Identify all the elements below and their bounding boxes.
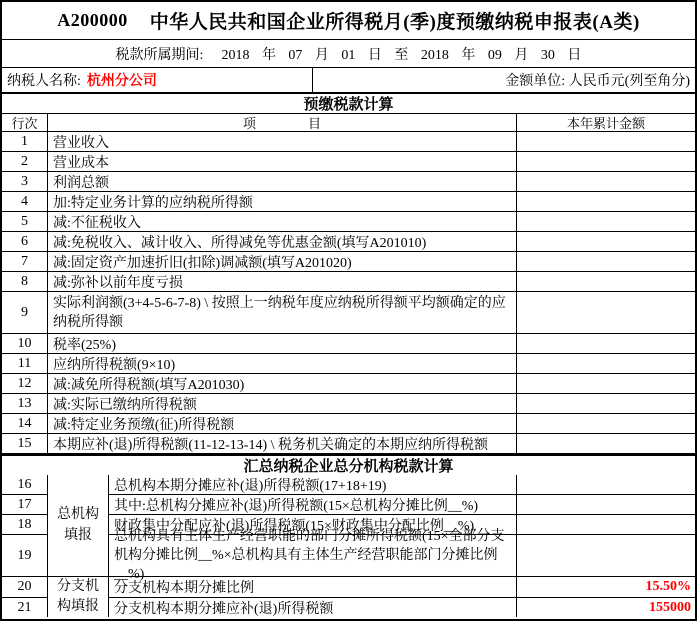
period-value: 2018 年 07 月 01 日 至 2018 年 09 月 30 日	[221, 44, 581, 64]
col-header-line: 行次	[2, 114, 48, 131]
item-cell: 加:特定业务计算的应纳税所得额	[48, 192, 516, 211]
item-cell: 分支机构本期分摊比例	[109, 577, 516, 598]
line-number-cell: 4	[2, 192, 48, 211]
line-number-cell: 3	[2, 172, 48, 191]
table-row: 5 减:不征税收入	[2, 212, 695, 232]
line-number-cell: 2	[2, 152, 48, 171]
table-row: 12 减:减免所得税额(填写A201030)	[2, 374, 695, 394]
amount-cell[interactable]	[516, 374, 695, 393]
amount-cell[interactable]	[516, 394, 695, 413]
table-row: 15 本期应补(退)所得税额(11-12-13-14) \ 税务机关确定的本期应…	[2, 434, 695, 454]
item-cell: 营业收入	[48, 132, 516, 151]
line-number-cell: 7	[2, 252, 48, 271]
amount-cell[interactable]: 15.50%	[516, 577, 695, 598]
line-number-cell: 12	[2, 374, 48, 393]
item-cell: 税率(25%)	[48, 334, 516, 353]
amount-cell[interactable]	[516, 354, 695, 373]
item-cell: 总机构具有主体生产经营职能的部门分摊所得税额(15×全部分支机构分摊比例__%×…	[109, 535, 516, 576]
amount-cell[interactable]	[516, 475, 695, 495]
table-header-row: 行次 项 目 本年累计金额	[2, 114, 695, 132]
line-number-cell: 11	[2, 354, 48, 373]
item-cell: 减:固定资产加速折旧(扣除)调减额(填写A201020)	[48, 252, 516, 271]
item-cell: 营业成本	[48, 152, 516, 171]
amount-cell[interactable]	[516, 495, 695, 515]
tax-form-a200000: A200000 中华人民共和国企业所得税月(季)度预缴纳税申报表(A类) 税款所…	[0, 0, 697, 621]
amount-cell[interactable]	[516, 232, 695, 251]
section1-title: 预缴税款计算	[2, 94, 695, 114]
taxpayer-label: 纳税人名称:	[7, 70, 81, 90]
amount-cell[interactable]	[516, 434, 695, 453]
line-number-cell: 14	[2, 414, 48, 433]
item-cell: 减:不征税收入	[48, 212, 516, 231]
line-number-cell: 13	[2, 394, 48, 413]
amount-cell[interactable]	[516, 414, 695, 433]
item-cell: 减:免税收入、减计收入、所得减免等优惠金额(填写A201010)	[48, 232, 516, 251]
table-row: 3 利润总额	[2, 172, 695, 192]
line-number-cell: 15	[2, 434, 48, 453]
item-cell: 实际利润额(3+4-5-6-7-8) \ 按照上一纳税年度应纳税所得额平均额确定…	[48, 292, 516, 333]
table-row: 13 减:实际已缴纳所得税额	[2, 394, 695, 414]
item-cell: 总机构本期分摊应补(退)所得税额(17+18+19)	[109, 475, 516, 495]
tax-period-row: 税款所属期间: 2018 年 07 月 01 日 至 2018 年 09 月 3…	[2, 40, 695, 68]
line-number-cell: 1	[2, 132, 48, 151]
item-cell: 减:实际已缴纳所得税额	[48, 394, 516, 413]
line-number-cell: 19	[2, 535, 48, 576]
form-title-row: A200000 中华人民共和国企业所得税月(季)度预缴纳税申报表(A类)	[2, 2, 695, 40]
table-row: 4 加:特定业务计算的应纳税所得额	[2, 192, 695, 212]
table-row: 7 减:固定资产加速折旧(扣除)调减额(填写A201020)	[2, 252, 695, 272]
amount-cell[interactable]	[516, 132, 695, 151]
group-label-head-office: 总机构填报	[48, 475, 109, 576]
group-label-branch: 分支机构填报	[48, 577, 109, 617]
taxpayer-cell: 纳税人名称: 杭州分公司	[2, 68, 313, 92]
table-row: 8 减:弥补以前年度亏损	[2, 272, 695, 292]
line-number-cell: 9	[2, 292, 48, 333]
line-number-cell: 16	[2, 475, 48, 495]
item-cell: 减:弥补以前年度亏损	[48, 272, 516, 291]
amount-cell[interactable]	[516, 192, 695, 211]
table-row: 10 税率(25%)	[2, 334, 695, 354]
item-cell: 减:特定业务预缴(征)所得税额	[48, 414, 516, 433]
amount-cell[interactable]	[516, 535, 695, 576]
item-cell: 应纳所得税额(9×10)	[48, 354, 516, 373]
amount-cell[interactable]	[516, 152, 695, 171]
item-cell: 利润总额	[48, 172, 516, 191]
item-cell: 本期应补(退)所得税额(11-12-13-14) \ 税务机关确定的本期应纳所得…	[48, 434, 516, 453]
table-row: 1 营业收入	[2, 132, 695, 152]
amount-cell[interactable]	[516, 515, 695, 535]
currency-note: 金额单位: 人民币元(列至角分)	[313, 68, 695, 92]
table-row: 11 应纳所得税额(9×10)	[2, 354, 695, 374]
line-number-cell: 21	[2, 598, 48, 617]
line-number-cell: 10	[2, 334, 48, 353]
item-cell: 分支机构本期分摊应补(退)所得税额	[109, 598, 516, 617]
form-title: 中华人民共和国企业所得税月(季)度预缴纳税申报表(A类)	[150, 7, 640, 34]
table-row: 2 营业成本	[2, 152, 695, 172]
amount-cell[interactable]: 155000	[516, 598, 695, 617]
section2-title: 汇总纳税企业总分机构税款计算	[2, 454, 695, 475]
amount-cell[interactable]	[516, 252, 695, 271]
table-row: 14 减:特定业务预缴(征)所得税额	[2, 414, 695, 434]
period-label: 税款所属期间:	[116, 44, 204, 64]
table-row: 6 减:免税收入、减计收入、所得减免等优惠金额(填写A201010)	[2, 232, 695, 252]
amount-cell[interactable]	[516, 272, 695, 291]
form-code: A200000	[57, 10, 128, 31]
item-cell: 其中:总机构分摊应补(退)所得税额(15×总机构分摊比例__%)	[109, 495, 516, 515]
table-row: 9 实际利润额(3+4-5-6-7-8) \ 按照上一纳税年度应纳税所得额平均额…	[2, 292, 695, 334]
head-office-group: 16 17 18 19 总机构填报 总机构本期分摊应补(退)所得税额(17+18…	[2, 475, 695, 577]
amount-cell[interactable]	[516, 172, 695, 191]
line-number-cell: 18	[2, 515, 48, 535]
line-number-cell: 5	[2, 212, 48, 231]
line-number-cell: 8	[2, 272, 48, 291]
line-number-cell: 17	[2, 495, 48, 515]
taxpayer-row: 纳税人名称: 杭州分公司 金额单位: 人民币元(列至角分)	[2, 68, 695, 94]
line-number-cell: 20	[2, 577, 48, 598]
line-number-cell: 6	[2, 232, 48, 251]
amount-cell[interactable]	[516, 212, 695, 231]
item-cell: 减:减免所得税额(填写A201030)	[48, 374, 516, 393]
col-header-item: 项 目	[48, 114, 516, 131]
branch-group: 20 21 分支机构填报 分支机构本期分摊比例 分支机构本期分摊应补(退)所得税…	[2, 577, 695, 617]
col-header-amount: 本年累计金额	[516, 114, 695, 131]
amount-cell[interactable]	[516, 292, 695, 333]
taxpayer-name-value[interactable]: 杭州分公司	[87, 70, 157, 90]
amount-cell[interactable]	[516, 334, 695, 353]
